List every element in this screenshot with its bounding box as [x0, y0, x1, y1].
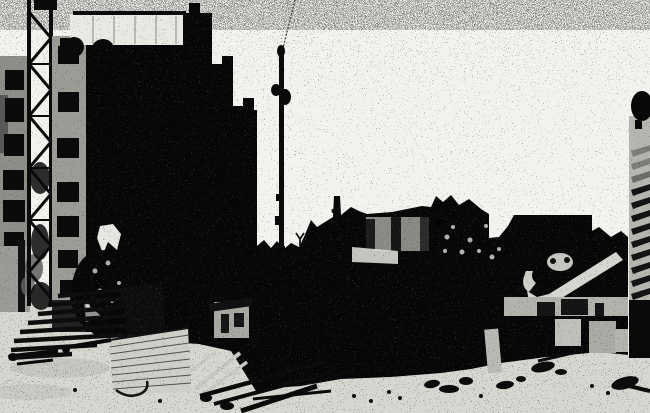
- halftone-photograph: [0, 0, 650, 413]
- halftone-grain: [0, 0, 650, 413]
- pepper-grain: [0, 0, 650, 413]
- photo-frame: [0, 0, 650, 413]
